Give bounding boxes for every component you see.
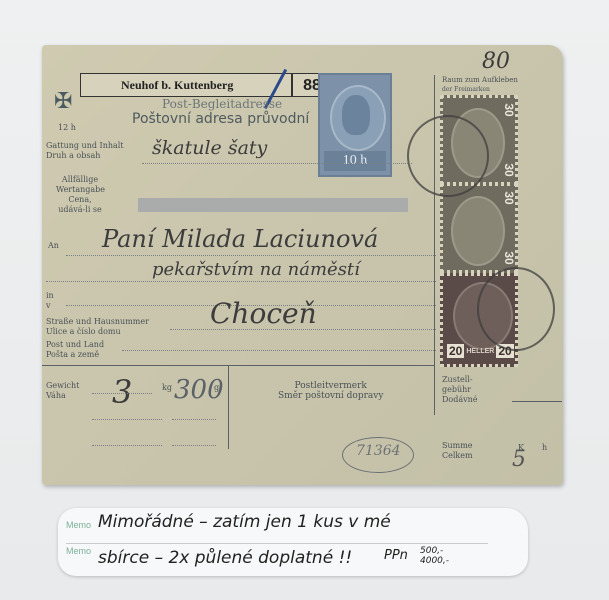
corner-note: 80 bbox=[482, 49, 510, 74]
field-line bbox=[170, 329, 436, 330]
total-label: SummeCelkem bbox=[442, 441, 473, 461]
title-german: Post-Begleitadresse bbox=[162, 97, 282, 111]
total-h: h bbox=[542, 443, 547, 453]
imprinted-stamp-10h: 10 h bbox=[318, 73, 392, 177]
stamp-portrait bbox=[342, 95, 370, 135]
field-line bbox=[66, 255, 436, 256]
total-value: 5 bbox=[512, 447, 526, 472]
field-line bbox=[172, 445, 216, 446]
memo-label-1: Memo bbox=[66, 520, 91, 530]
memo-label-2: Memo bbox=[66, 546, 91, 556]
fee-line bbox=[512, 401, 562, 402]
memo-price: 500,- 4000,- bbox=[420, 546, 449, 566]
recipient-address: pekařstvím na náměstí bbox=[152, 259, 360, 280]
value-strike-bar bbox=[138, 198, 408, 212]
field-line bbox=[92, 445, 162, 446]
office-label: Neuhof b. Kuttenberg bbox=[80, 73, 292, 97]
right-header-2: der Freimarken bbox=[442, 85, 490, 95]
field-line bbox=[122, 350, 436, 351]
denomination-note: 12 h bbox=[58, 123, 76, 133]
fee-label: Zustell-gebührDodávné bbox=[442, 375, 478, 405]
post-label: Post und LandPošta a země bbox=[46, 340, 104, 360]
field-line bbox=[142, 163, 412, 164]
street-label: Straße und HausnummerUlice a číslo domu bbox=[46, 317, 149, 337]
contents-label-de: Gattung und Inhalt bbox=[46, 141, 124, 151]
weight-kg: 3 bbox=[112, 373, 132, 411]
routing-note: 71364 bbox=[356, 443, 401, 459]
routing-label: PostleitvermerkSměr poštovní dopravy bbox=[278, 381, 383, 401]
memo-price-prefix: PPn bbox=[384, 548, 408, 563]
value-label: Allfällige Wertangabe Cena, udává-li se bbox=[56, 175, 104, 215]
stamp-value: 30 bbox=[496, 191, 516, 205]
postmark bbox=[477, 267, 555, 351]
memo-divider bbox=[66, 543, 488, 544]
imperial-eagle-icon: ✠ bbox=[54, 87, 74, 117]
to-label: An bbox=[48, 241, 59, 251]
title-czech: Poštovní adresa průvodní bbox=[132, 111, 309, 127]
right-header-1: Raum zum Aufkleben bbox=[442, 75, 518, 85]
stamp-value: 20 bbox=[447, 344, 464, 358]
kg-unit: kg bbox=[162, 383, 172, 393]
field-line bbox=[92, 419, 162, 420]
parcel-card: ✠ 12 h Neuhof b. Kuttenberg 88 Post-Begl… bbox=[42, 45, 563, 485]
in-label: inv bbox=[46, 291, 54, 311]
contents-label-cz: Druh a obsah bbox=[46, 151, 100, 161]
weight-label: GewichtVáha bbox=[46, 381, 79, 401]
recipient-name: Paní Milada Laciunová bbox=[102, 225, 378, 253]
field-line bbox=[92, 393, 152, 394]
memo-strip: Memo Mimořádné – zatím jen 1 kus v mé Me… bbox=[58, 508, 528, 576]
stamp-value: 30 bbox=[496, 163, 516, 177]
stamp-value: 30 bbox=[496, 251, 516, 265]
weight-divider bbox=[228, 365, 229, 449]
memo-line-1: Mimořádné – zatím jen 1 kus v mé bbox=[98, 512, 391, 532]
stamp-value: 10 h bbox=[324, 151, 386, 171]
memo-line-2: sbírce – 2x půlené doplatné !! bbox=[98, 548, 352, 568]
stamp-unit: HELLER bbox=[464, 348, 496, 355]
stamp-value: 30 bbox=[496, 103, 516, 117]
section-divider bbox=[42, 365, 434, 366]
postmark bbox=[407, 115, 489, 197]
contents-value: škatule šaty bbox=[152, 137, 267, 159]
field-line bbox=[46, 281, 436, 282]
destination-city: Choceň bbox=[210, 297, 317, 330]
field-line bbox=[172, 419, 216, 420]
g-unit: g bbox=[214, 383, 219, 393]
